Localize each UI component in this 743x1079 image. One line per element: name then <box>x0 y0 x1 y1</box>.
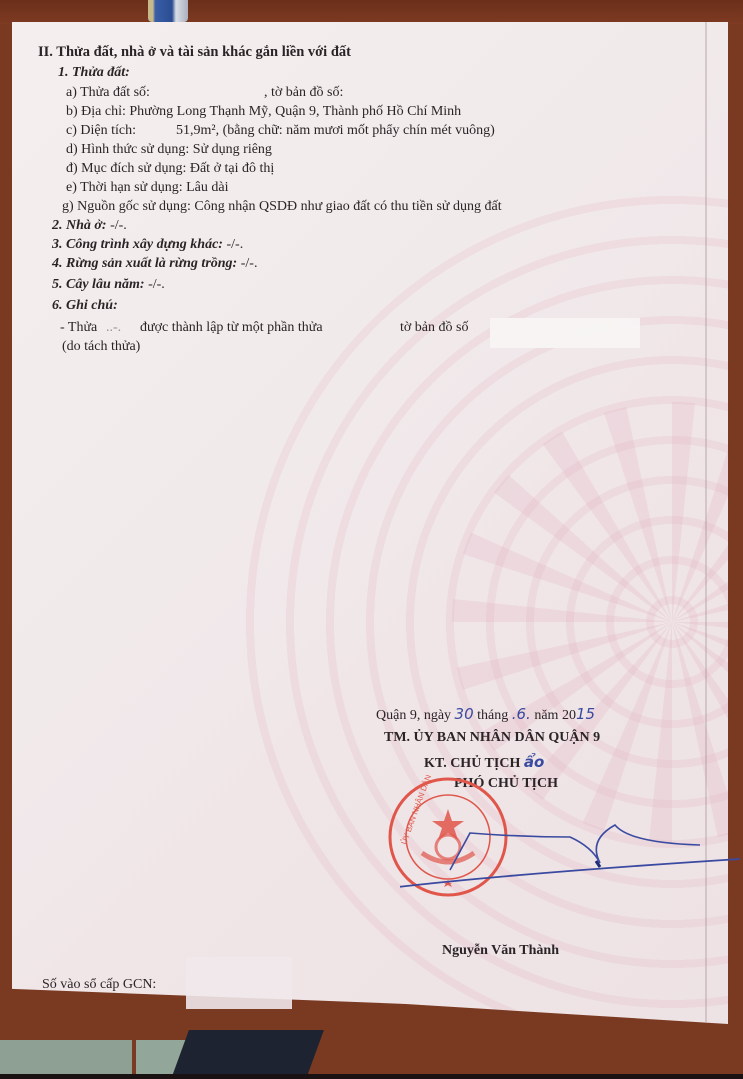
address: b) Địa chỉ: Phường Long Thạnh Mỹ, Quận 9… <box>66 104 461 120</box>
usage-form: d) Hình thức sử dụng: Sử dụng riêng <box>66 142 272 158</box>
usage-purpose: đ) Mục đích sử dụng: Đất ở tại đô thị <box>66 161 274 177</box>
registry-label: Số vào sổ cấp GCN: <box>42 977 156 993</box>
usage-origin: g) Nguồn gốc sử dụng: Công nhận QSDĐ như… <box>62 199 502 215</box>
section-perennial-value: -/-. <box>145 277 165 292</box>
date-month: .6. <box>512 705 531 723</box>
note-text-b: được thành lập từ một phần thửa <box>140 320 323 336</box>
area-label: c) Diện tích: <box>66 123 136 139</box>
usage-term: e) Thời hạn sử dụng: Lâu dài <box>66 180 228 196</box>
note-text-c: tờ bản đồ số <box>400 320 468 336</box>
date-year: 15 <box>576 705 595 723</box>
redacted-mark: ..-. <box>106 320 121 336</box>
date-place: Quận 9, ngày <box>376 708 451 723</box>
map-sheet-label: , tờ bản đồ số: <box>264 85 343 101</box>
section-perennial-label: 5. Cây lâu năm: <box>52 277 145 292</box>
section-notes-label: 6. Ghi chú: <box>52 298 118 313</box>
section-forest: 4. Rừng sản xuất là rừng trồng: -/-. <box>52 256 257 272</box>
signing-date: Quận 9, ngày 30 tháng .6. năm 2015 <box>376 705 595 724</box>
signer-name: Nguyễn Văn Thành <box>442 943 559 959</box>
section-forest-value: -/-. <box>237 256 257 271</box>
signer-role: KT. CHỦ TỊCH ẩo <box>424 753 544 772</box>
area-value: 51,9m², (bằng chữ: năm mươi mốt phẩy chí… <box>176 123 495 139</box>
parcel-number-label: a) Thửa đất số: <box>66 85 150 101</box>
note-text-a: - Thửa <box>60 320 97 336</box>
section-title: II. Thửa đất, nhà ở và tài sản khác gắn … <box>38 44 351 61</box>
section-forest-label: 4. Rừng sản xuất là rừng trồng: <box>52 256 237 271</box>
signer-role-text: KT. CHỦ TỊCH <box>424 756 520 771</box>
section-perennial: 5. Cây lâu năm: -/-. <box>52 277 165 293</box>
section-other-works-label: 3. Công trình xây dựng khác: <box>52 237 223 252</box>
date-month-label: tháng <box>477 708 508 723</box>
initials: ẩo <box>524 753 544 771</box>
issuing-authority: TM. ỦY BAN NHÂN DÂN QUẬN 9 <box>384 730 600 746</box>
date-year-label: năm 20 <box>534 708 576 723</box>
date-day: 30 <box>455 705 474 723</box>
section-house: 2. Nhà ở: -/-. <box>52 218 127 234</box>
handwritten-signature <box>400 815 740 905</box>
section-house-label: 2. Nhà ở: <box>52 218 107 233</box>
parcel-heading: 1. Thửa đất: <box>58 65 130 81</box>
redacted-registry-number <box>186 957 292 1009</box>
document-content: II. Thửa đất, nhà ở và tài sản khác gắn … <box>0 0 743 1079</box>
note-text-split: (do tách thửa) <box>62 339 140 355</box>
section-notes: 6. Ghi chú: <box>52 298 118 314</box>
redacted-map-number <box>490 318 640 348</box>
section-other-works: 3. Công trình xây dựng khác: -/-. <box>52 237 243 253</box>
section-other-works-value: -/-. <box>223 237 243 252</box>
section-house-value: -/-. <box>107 218 127 233</box>
